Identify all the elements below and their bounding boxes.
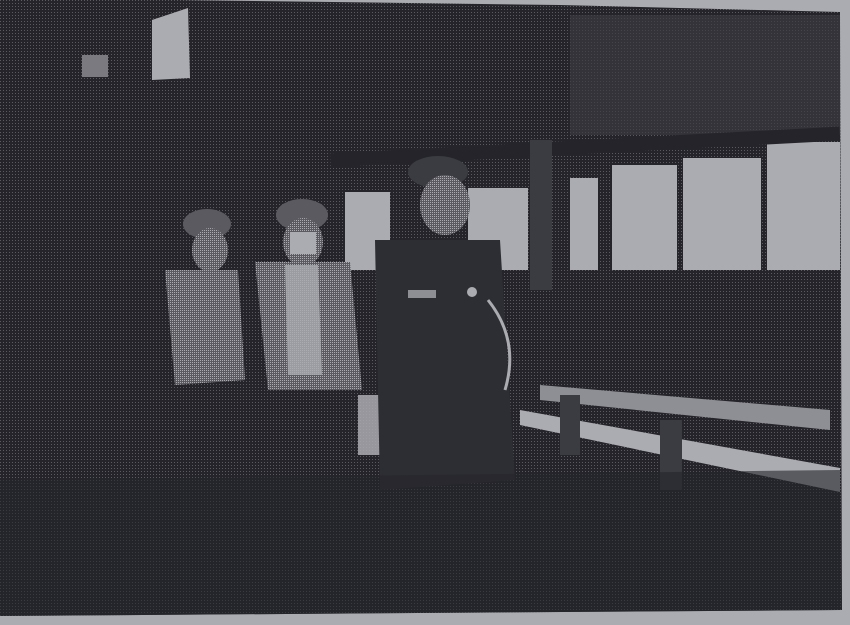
halftone-photograph <box>0 0 850 625</box>
